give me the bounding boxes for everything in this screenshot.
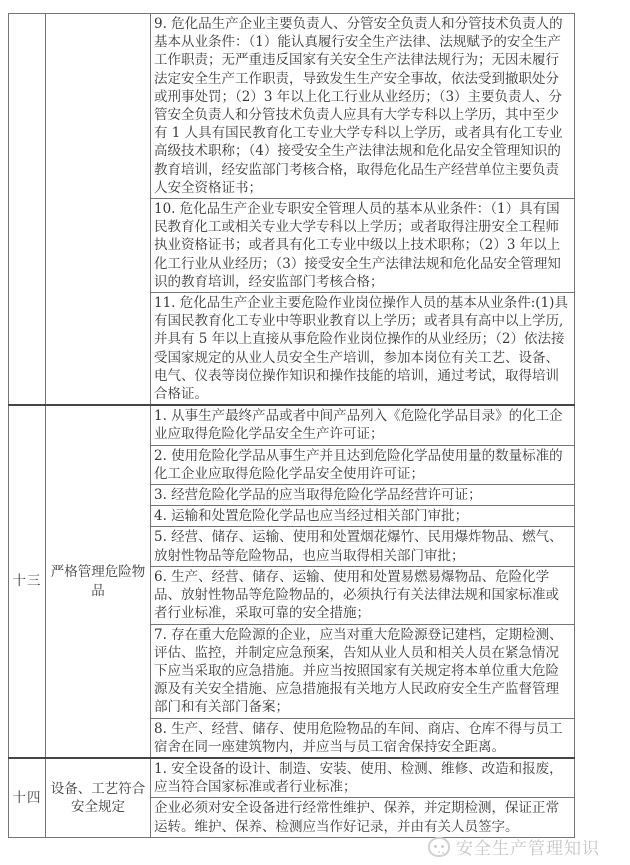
document-page: 9. 危化品生产企业主要负责人、分管安全负责人和分管技术负责人的基本从业条件：（… bbox=[0, 0, 630, 865]
table-body: 9. 危化品生产企业主要负责人、分管安全负责人和分管技术负责人的基本从业条件：（… bbox=[9, 14, 575, 838]
footer-brand-label: 安全生产管理知识 bbox=[456, 834, 600, 859]
requirement-item-cell: 1. 安全设备的设计、制造、安装、使用、检测、维修、改造和报废，应当符合国家标准… bbox=[151, 758, 575, 798]
requirement-item-cell: 11. 危化品生产企业主要危险作业岗位操作人员的基本从业条件:(1)具有国民教育… bbox=[151, 293, 575, 406]
requirement-item-cell: 7. 存在重大危险源的企业，应当对重大危险源登记建档，定期检测、评估、监控，并制… bbox=[151, 624, 575, 718]
safety-requirements-table: 9. 危化品生产企业主要负责人、分管安全负责人和分管技术负责人的基本从业条件：（… bbox=[8, 13, 575, 838]
table-row: 十四设备、工艺符合安全规定1. 安全设备的设计、制造、安装、使用、检测、维修、改… bbox=[9, 758, 575, 798]
requirement-item-cell: 企业必须对安全设备进行经常性维护、保养，并定期检测，保证正常运转。维护、保养、检… bbox=[151, 798, 575, 837]
section-title-cell bbox=[46, 14, 151, 406]
brand-face-icon bbox=[428, 837, 450, 857]
requirement-item-cell: 6. 生产、经营、储存、运输、使用和处置易燃易爆物品、危险化学品、放射性物品等危… bbox=[151, 566, 575, 624]
requirement-item-cell: 2. 使用危险化学品从事生产并且达到危险化学品使用量的数量标准的化工企业应取得危… bbox=[151, 445, 575, 484]
table-row: 十三严格管理危险物品1. 从事生产最终产品或者中间产品列入《危险化学品目录》的化… bbox=[9, 405, 575, 445]
section-number-cell bbox=[9, 14, 46, 406]
section-number-cell: 十三 bbox=[9, 405, 46, 758]
requirement-item-cell: 4. 运输和处置危险化学品也应当经过相关部门审批； bbox=[151, 506, 575, 527]
section-number-cell: 十四 bbox=[9, 758, 46, 837]
requirement-item-cell: 9. 危化品生产企业主要负责人、分管安全负责人和分管技术负责人的基本从业条件：（… bbox=[151, 14, 575, 199]
requirement-item-cell: 3. 经营危险化学品的应当取得危险化学品经营许可证； bbox=[151, 485, 575, 506]
requirement-item-cell: 5. 经营、储存、运输、使用和处置烟花爆竹、民用爆炸物品、燃气、放射性物品等危险… bbox=[151, 527, 575, 566]
requirement-item-cell: 1. 从事生产最终产品或者中间产品列入《危险化学品目录》的化工企业应取得危险化学… bbox=[151, 405, 575, 445]
section-title-cell: 严格管理危险物品 bbox=[46, 405, 151, 758]
section-title-cell: 设备、工艺符合安全规定 bbox=[46, 758, 151, 837]
footer-watermark: 安全生产管理知识 bbox=[428, 834, 600, 859]
table-row: 9. 危化品生产企业主要负责人、分管安全负责人和分管技术负责人的基本从业条件：（… bbox=[9, 14, 575, 199]
requirement-item-cell: 10. 危化品生产企业专职安全管理人员的基本从业条件：（1）具有国民教育化工或相… bbox=[151, 199, 575, 293]
requirement-item-cell: 8. 生产、经营、储存、使用危险物品的车间、商店、仓库不得与员工宿舍在同一座建筑… bbox=[151, 718, 575, 758]
